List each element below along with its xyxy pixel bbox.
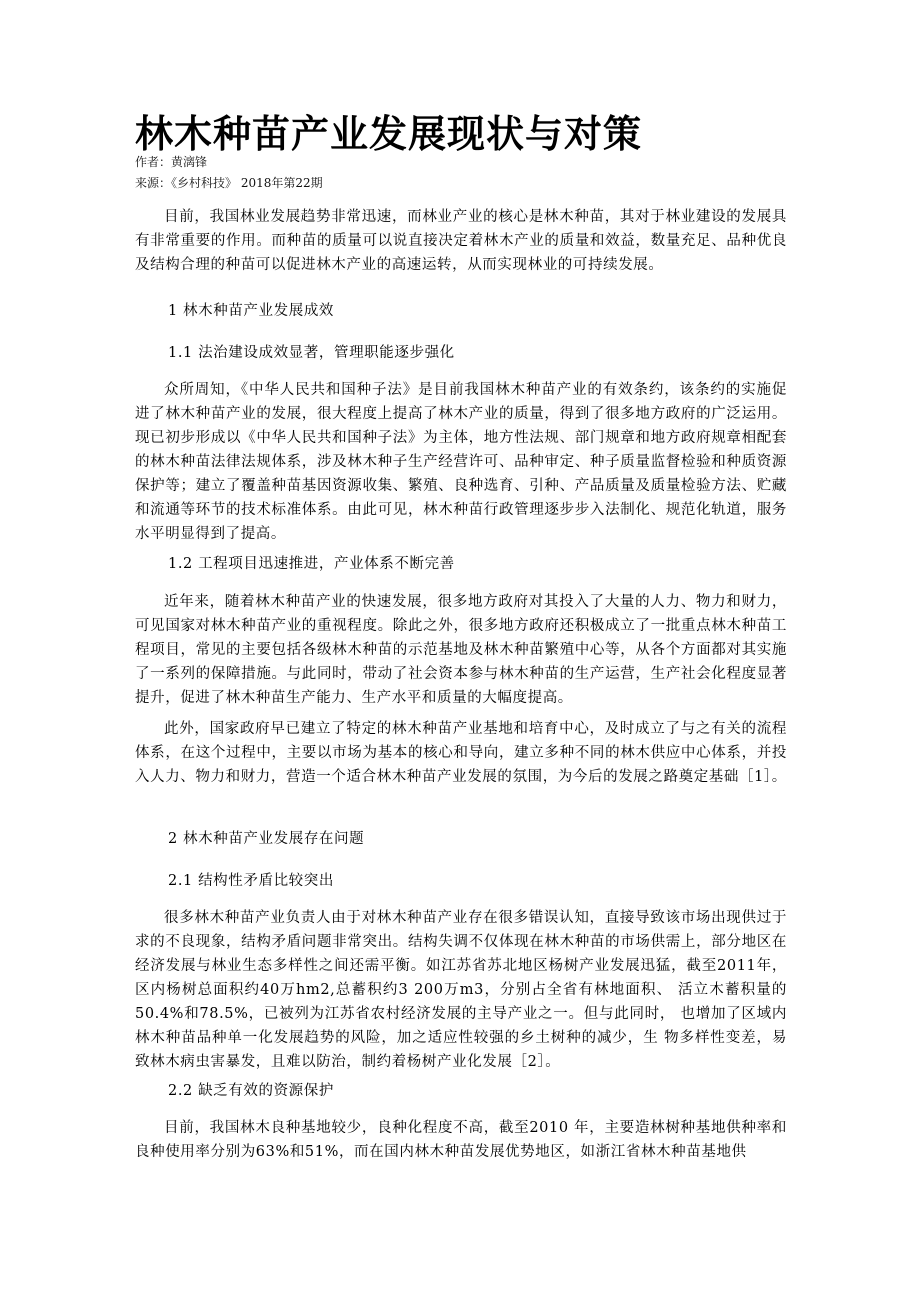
section-heading-2: 2 林木种苗产业发展存在问题 xyxy=(168,827,364,851)
article-source: 来源：《乡村科技》 2018年第22期 xyxy=(135,173,323,193)
article-author: 作者：黄漓锋 xyxy=(135,152,207,172)
paragraph-engineering-projects: 近年来，随着林木种苗产业的快速发展，很多地方政府对其投入了大量的人力、物力和财力… xyxy=(135,590,787,710)
section-heading-1-1: 1.1 法治建设成效显著，管理职能逐步强化 xyxy=(168,341,455,365)
paragraph-legal-system: 众所周知，《中华人民共和国种子法》是目前我国林木种苗产业的有效条约，该条约的实施… xyxy=(135,378,787,546)
paragraph-structural-contradiction: 很多林木种苗产业负责人由于对林木种苗产业存在很多错误认知，直接导致该市场出现供过… xyxy=(135,906,787,1074)
article-title: 林木种苗产业发展现状与对策 xyxy=(135,111,642,157)
section-heading-2-1: 2.1 结构性矛盾比较突出 xyxy=(168,869,334,893)
section-heading-1: 1 林木种苗产业发展成效 xyxy=(168,299,334,323)
section-heading-2-2: 2.2 缺乏有效的资源保护 xyxy=(168,1079,334,1103)
paragraph-resource-protection: 目前，我国林木良种基地较少，良种化程度不高，截至2010 年，主要造林树种基地供… xyxy=(135,1116,787,1164)
paragraph-intro: 目前，我国林业发展趋势非常迅速，而林业产业的核心是林木种苗，其对于林业建设的发展… xyxy=(135,205,787,277)
section-heading-1-2: 1.2 工程项目迅速推进，产业体系不断完善 xyxy=(168,552,455,576)
paragraph-industry-base: 此外，国家政府早已建立了特定的林木种苗产业基地和培育中心，及时成立了与之有关的流… xyxy=(135,717,787,789)
